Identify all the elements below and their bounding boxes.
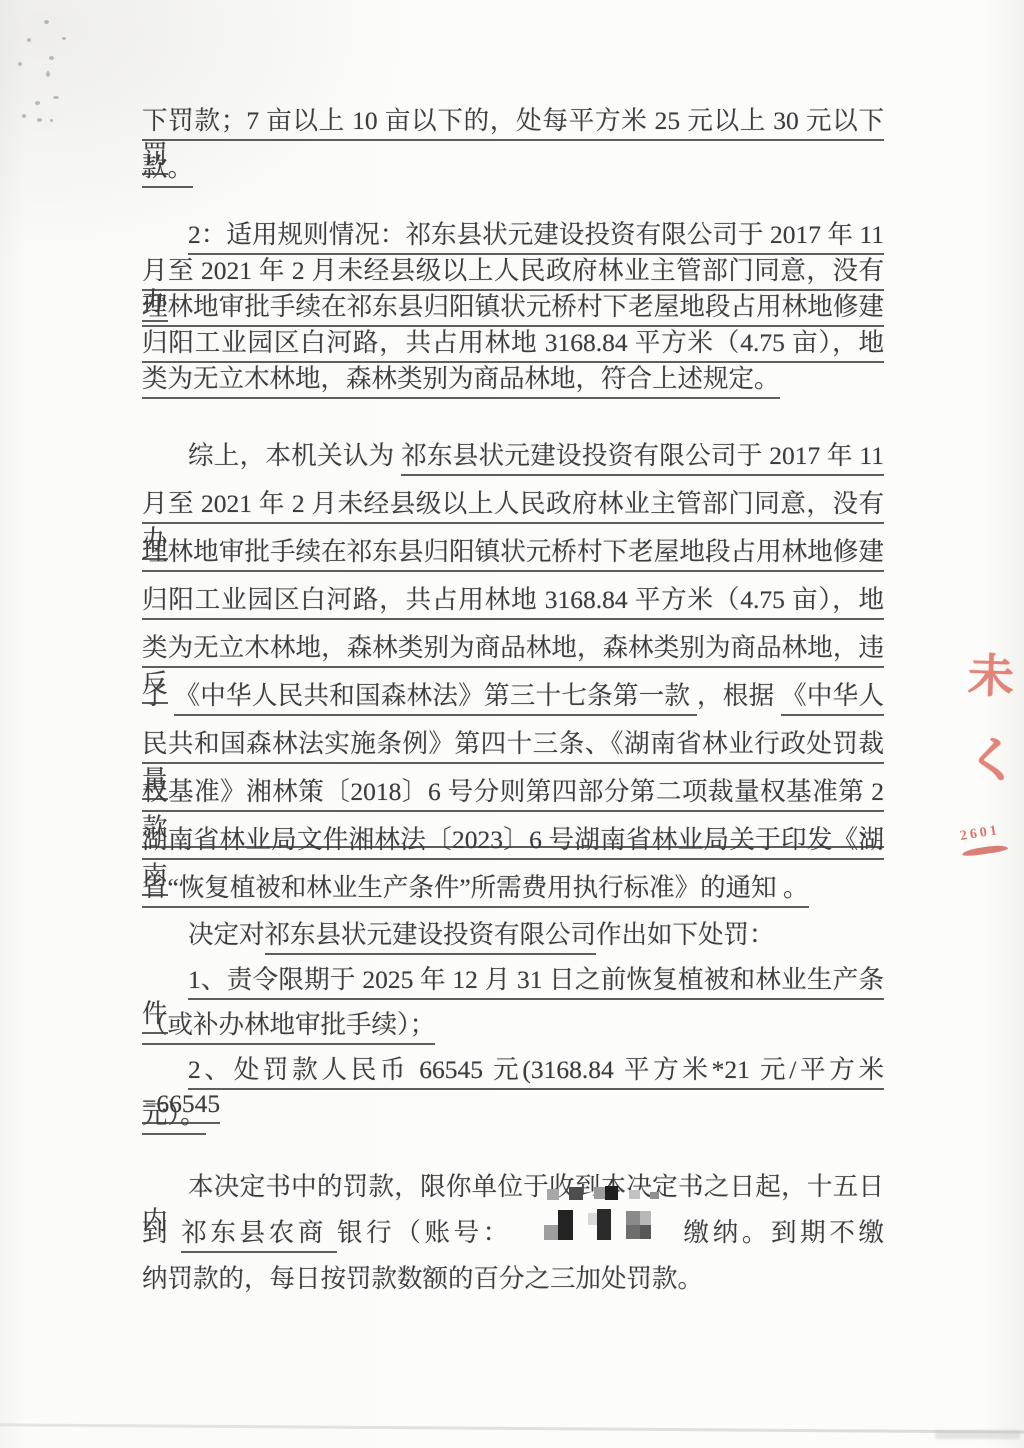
text-line: 2：适用规则情况：祁东县状元建设投资有限公司于 2017 年 11 bbox=[142, 219, 884, 255]
paragraph-penalty-decision: 决定对祁东县状元建设投资有限公司作出如下处罚： 1、责令限期于 2025 年 1… bbox=[142, 918, 884, 1143]
text-line: 归阳工业园区白河路，共占用林地 3168.84 平方米（4.75 亩），地 bbox=[142, 327, 884, 363]
text-line: 类为无立木林地，森林类别为商品林地，符合上述规定。 bbox=[142, 363, 884, 399]
paragraph-conclusion-legal-basis: 综上，本机关认为 祁东县状元建设投资有限公司于 2017 年 11 月至 202… bbox=[142, 438, 884, 918]
red-stamp-underline-swoosh bbox=[962, 844, 1009, 857]
text-line: 月至 2021 年 2 月未经县级以上人民政府林业主管部门同意，没有办 bbox=[142, 486, 884, 534]
text-line: 权基准》湘林策〔2018〕6 号分则第四部分第二项裁量权基准第 2 款、 bbox=[142, 774, 884, 822]
page-bottom-smudge bbox=[935, 1430, 1020, 1439]
text-line: 理林地审批手续在祁东县归阳镇状元桥村下老屋地段占用林地修建 bbox=[142, 291, 884, 327]
text-line: 决定对祁东县状元建设投资有限公司作出如下处罚： bbox=[142, 918, 884, 963]
text-line: 省“恢复植被和林业生产条件”所需费用执行标准》的通知 。 bbox=[142, 870, 884, 918]
text-line: 款。 bbox=[142, 151, 884, 198]
text-line: 湖南省林业局文件湘林法〔2023〕6 号湖南省林业局关于印发《湖南 bbox=[142, 822, 884, 870]
scanned-document-page: 下罚款；7 亩以上 10 亩以下的，处每平方米 25 元以上 30 元以下罚 款… bbox=[0, 0, 1024, 1448]
red-stamp-fragment-character: 未 bbox=[967, 639, 1015, 707]
text-line: 理林地审批手续在祁东县归阳镇状元桥村下老屋地段占用林地修建 bbox=[142, 534, 884, 582]
text-line: 到 祁东县农商 银行（账号：缴纳。到期不缴 bbox=[142, 1216, 884, 1262]
text-line: 下罚款；7 亩以上 10 亩以下的，处每平方米 25 元以上 30 元以下罚 bbox=[142, 104, 884, 151]
red-stamp-code: 2601 bbox=[959, 823, 1001, 845]
text-line: 元）。 bbox=[142, 1098, 884, 1143]
text-line: 纳罚款的，每日按罚款数额的百分之三加处罚款。 bbox=[142, 1262, 884, 1308]
paragraph-payment-instructions: 本决定书中的罚款，限你单位于收到本决定书之日起，十五日内 到 祁东县农商 银行（… bbox=[142, 1170, 884, 1308]
text-line: 归阳工业园区白河路，共占用林地 3168.84 平方米（4.75 亩），地 bbox=[142, 582, 884, 630]
text-line: 本决定书中的罚款，限你单位于收到本决定书之日起，十五日内 bbox=[142, 1170, 884, 1216]
text-line: 类为无立木林地，森林类别为商品林地，森林类别为商品林地，违反 bbox=[142, 630, 884, 678]
page-bottom-edge bbox=[0, 1423, 1024, 1433]
text-line: （或补办林地审批手续）； bbox=[142, 1008, 884, 1053]
paragraph-rule-application: 2：适用规则情况：祁东县状元建设投资有限公司于 2017 年 11 月至 202… bbox=[142, 219, 884, 399]
text-line: 综上，本机关认为 祁东县状元建设投资有限公司于 2017 年 11 bbox=[142, 438, 884, 486]
text-line: 民共和国森林法实施条例》第四十三条、《湖南省林业行政处罚裁量 bbox=[142, 726, 884, 774]
text-line: 1、责令限期于 2025 年 12 月 31 日之前恢复植被和林业生产条件 bbox=[142, 963, 884, 1008]
text-line: 月至 2021 年 2 月未经县级以上人民政府林业主管部门同意，没有办 bbox=[142, 255, 884, 291]
text-line: 了 《中华人民共和国森林法》第三十七条第一款 ，根据 《中华人 bbox=[142, 678, 884, 726]
red-stamp-fragment-bracket: く bbox=[962, 720, 1022, 793]
text-line: 2、处罚款人民币 66545 元(3168.84 平方米*21 元/平方米=66… bbox=[142, 1053, 884, 1098]
paragraph-penalty-scale: 下罚款；7 亩以上 10 亩以下的，处每平方米 25 元以上 30 元以下罚 款… bbox=[142, 104, 884, 198]
